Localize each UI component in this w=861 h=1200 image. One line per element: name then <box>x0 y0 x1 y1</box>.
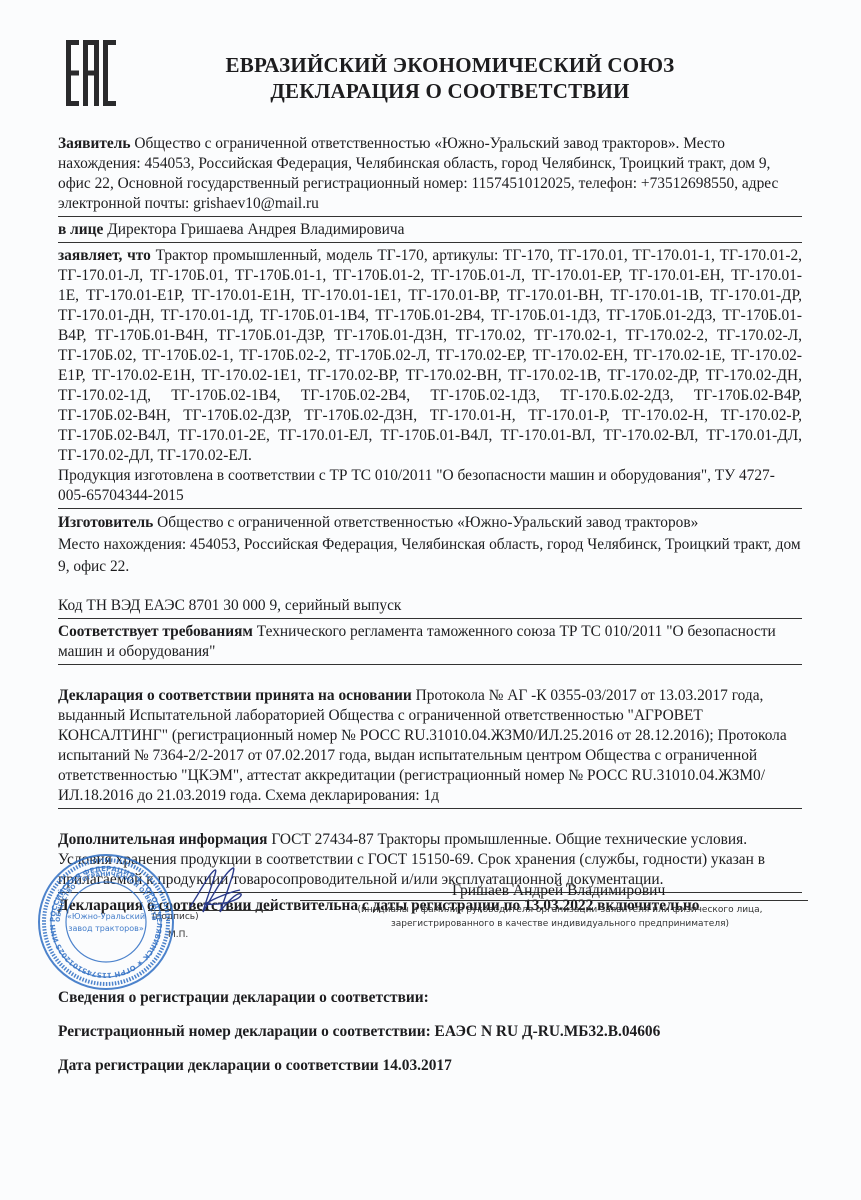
name-caption-line1: (инициалы и фамилия руководителя организ… <box>340 903 780 917</box>
divider <box>58 508 802 509</box>
divider <box>58 808 802 809</box>
manufacturer-section: Изготовитель Общество с ограниченной отв… <box>58 512 802 578</box>
additional-label: Дополнительная информация <box>58 831 267 848</box>
declares-label: заявляет, что <box>58 247 151 264</box>
registration-date: Дата регистрации декларации о соответств… <box>58 1056 802 1076</box>
svg-text:«Южно-Уральский: «Южно-Уральский <box>67 912 145 921</box>
name-caption-line2: зарегистрированного в качестве индивидуа… <box>340 917 780 931</box>
compliance-section: Соответствует требованиям Технического р… <box>58 622 802 662</box>
declaration-body: Заявитель Общество с ограниченной ответс… <box>58 134 802 916</box>
divider <box>58 618 802 619</box>
representative-text: Директора Гришаева Андрея Владимировича <box>107 221 404 238</box>
name-caption: (инициалы и фамилия руководителя организ… <box>340 903 780 931</box>
product-list: Трактор промышленный, модель ТГ-170, арт… <box>58 247 802 464</box>
hs-code: Код ТН ВЭД ЕАЭС 8701 30 000 9, серийный … <box>58 596 802 616</box>
applicant-text: Общество с ограниченной ответственностью… <box>58 135 778 212</box>
declaration-title: ДЕКЛАРАЦИЯ О СООТВЕТСТВИИ <box>150 78 750 104</box>
applicant-section: Заявитель Общество с ограниченной ответс… <box>58 134 802 214</box>
handwritten-signature-icon <box>185 862 245 922</box>
union-title: ЕВРАЗИЙСКИЙ ЭКОНОМИЧЕСКИЙ СОЮЗ <box>150 52 750 78</box>
manufacturer-address: Место нахождения: 454053, Российская Фед… <box>58 536 801 575</box>
production-note: Продукция изготовлена в соответствии с Т… <box>58 466 802 506</box>
representative-label: в лице <box>58 221 103 238</box>
name-line <box>300 900 808 901</box>
divider <box>58 242 802 243</box>
eac-logo <box>66 40 116 106</box>
manufacturer-name: Общество с ограниченной ответственностью… <box>157 514 698 531</box>
basis-section: Декларация о соответствии принята на осн… <box>58 686 802 806</box>
basis-label: Декларация о соответствии принята на осн… <box>58 687 412 704</box>
representative-section: в лице Директора Гришаева Андрея Владими… <box>58 220 802 240</box>
manufacturer-label: Изготовитель <box>58 514 153 531</box>
applicant-label: Заявитель <box>58 135 131 152</box>
eac-mark-icon <box>66 40 116 106</box>
divider <box>58 664 802 665</box>
company-stamp-icon: РОССИЙСКАЯ ФЕДЕРАЦИЯ ★ ГОРОД ЧЕЛЯБИНСК ★… <box>36 852 176 992</box>
signer-name: Гришаев Андрей Владимирович <box>452 882 665 900</box>
document-header: ЕВРАЗИЙСКИЙ ЭКОНОМИЧЕСКИЙ СОЮЗ ДЕКЛАРАЦИ… <box>150 52 750 104</box>
basis-text: Протокола № АГ -К 0355-03/2017 от 13.03.… <box>58 687 787 804</box>
divider <box>58 216 802 217</box>
compliance-label: Соответствует требованиям <box>58 623 253 640</box>
registration-number: Регистрационный номер декларации о соотв… <box>58 1022 802 1042</box>
registration-title: Сведения о регистрации декларации о соот… <box>58 988 802 1008</box>
declares-section: заявляет, что Трактор промышленный, моде… <box>58 246 802 466</box>
registration-section: Сведения о регистрации декларации о соот… <box>58 988 802 1090</box>
svg-text:завод тракторов»: завод тракторов» <box>68 924 144 933</box>
